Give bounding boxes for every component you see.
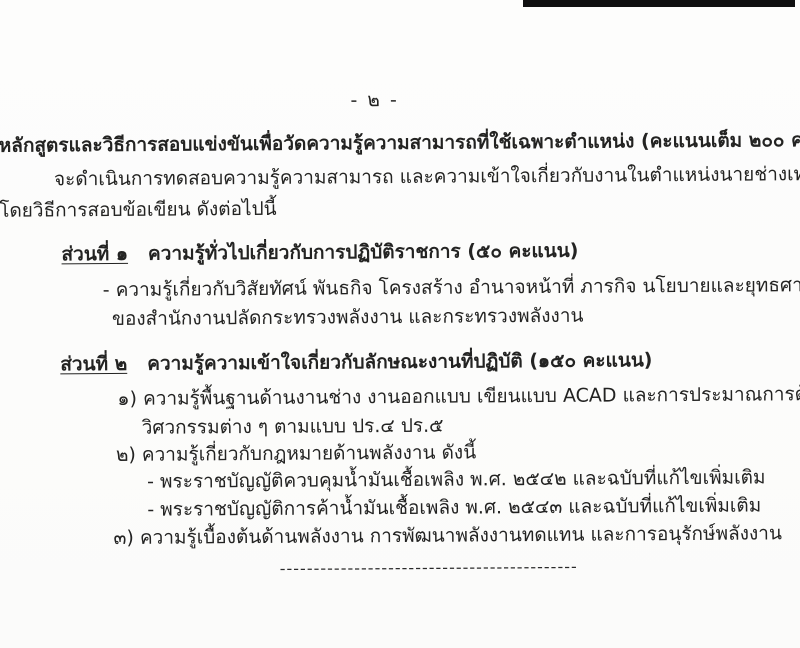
document-content: - ๒ - หลักสูตรและวิธีการสอบแข่งขันเพื่อว… <box>0 0 800 648</box>
intro-paragraph-line-1: จะดำเนินการทดสอบความรู้ความสามารถ และควา… <box>54 161 800 191</box>
section-1-heading: ส่วนที่ ๑ ความรู้ทั่วไปเกี่ยวกับการปฏิบั… <box>61 239 578 267</box>
section-2-label: ส่วนที่ ๒ <box>60 353 127 375</box>
section-2-item-2: ๒) ความรู้เกี่ยวกับกฎหมายด้านพลังงาน ดัง… <box>116 440 476 467</box>
section-2-item-3: ๓) ความรู้เบื้องต้นด้านพลังงาน การพัฒนาพ… <box>113 521 782 550</box>
page-number: - ๒ - <box>350 88 398 112</box>
end-divider-dashes: ----------------------------------------… <box>280 555 578 581</box>
section-1-title: ความรู้ทั่วไปเกี่ยวกับการปฏิบัติราชการ (… <box>148 240 579 265</box>
section-2-item-2-sub-1: - พระราชบัญญัติควบคุมน้ำมันเชื้อเพลิง พ.… <box>147 465 766 493</box>
section-1-label: ส่วนที่ ๑ <box>61 243 128 265</box>
section-2-item-1-line-1: ๑) ความรู้พื้นฐานด้านงานช่าง งานออกแบบ เ… <box>117 382 800 411</box>
section-2-title: ความรู้ความเข้าใจเกี่ยวกับลักษณะงานที่ปฏ… <box>147 349 652 375</box>
section-2-item-1-line-2: วิศวกรรมต่าง ๆ ตามแบบ ปร.๔ ปร.๕ <box>142 414 444 440</box>
section-2-item-2-sub-2: - พระราชบัญญัติการค้าน้ำมันเชื้อเพลิง พ.… <box>147 493 761 521</box>
section-1-item-line-1: - ความรู้เกี่ยวกับวิสัยทัศน์ พันธกิจ โคร… <box>103 273 800 302</box>
section-1-item-line-2: ของสำนักงานปลัดกระทรวงพลังงาน และกระทรวง… <box>112 304 584 331</box>
document-page: - ๒ - หลักสูตรและวิธีการสอบแข่งขันเพื่อว… <box>0 0 800 648</box>
document-title: หลักสูตรและวิธีการสอบแข่งขันเพื่อวัดความ… <box>0 128 800 158</box>
section-2-heading: ส่วนที่ ๒ ความรู้ความเข้าใจเกี่ยวกับลักษ… <box>60 348 652 376</box>
intro-paragraph-line-2: โดยวิธีการสอบข้อเขียน ดังต่อไปนี้ <box>0 197 277 223</box>
